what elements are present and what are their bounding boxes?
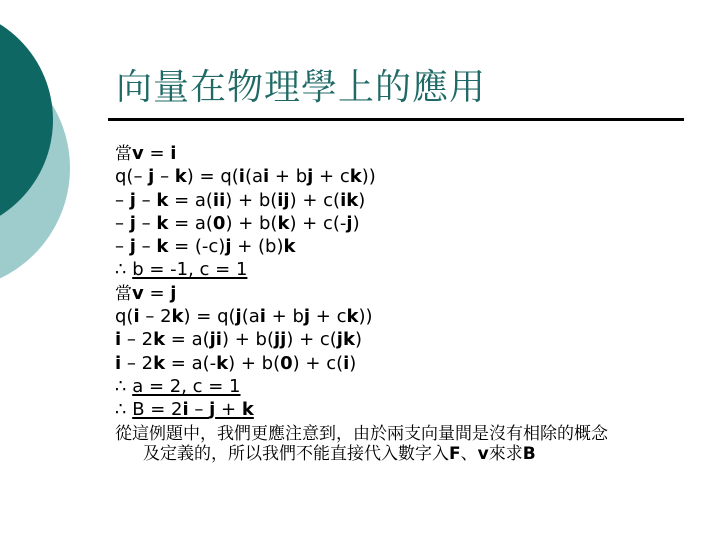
equation-text: – xyxy=(154,166,174,187)
slide-body: 當v = iq(– j – k) = q(i(ai + bj + ck))– j… xyxy=(115,142,685,464)
equation-text: + c xyxy=(310,306,346,327)
equation-text: = a( xyxy=(165,329,210,350)
equation-text: ) + c( xyxy=(293,353,343,374)
equation-text: = xyxy=(144,143,171,164)
equation-line: ∴ b = -1, c = 1 xyxy=(115,258,685,281)
title-divider xyxy=(108,118,684,121)
equation-text: ) + b( xyxy=(222,329,274,350)
conclusion-line-2: 及定義的，所以我們不能直接代入數字入F、v來求B xyxy=(115,444,685,464)
conclusion-line-2-text: 及定義的，所以我們不能直接代入數字入 xyxy=(143,444,449,464)
vector-symbol: k xyxy=(153,353,165,374)
slide-title: 向量在物理學上的應用 xyxy=(116,68,486,108)
symbol-B: B xyxy=(523,444,536,464)
equation-line: – j – k = (-c)j + (b)k xyxy=(115,235,685,258)
vector-symbol: 0 xyxy=(280,353,293,374)
vector-symbol: k xyxy=(153,329,165,350)
equation-text: – xyxy=(115,213,130,234)
vector-symbol: k xyxy=(156,190,168,211)
equation-text: q(– xyxy=(115,166,148,187)
equation-line: – j – k = a(ii) + b(ij) + c(ik) xyxy=(115,189,685,212)
equation-text: = a( xyxy=(168,190,213,211)
equation-text: – 2 xyxy=(140,306,172,327)
equation-text: – xyxy=(136,190,156,211)
equation-text: ∴ xyxy=(115,259,132,280)
equation-text: ∴ xyxy=(115,399,132,420)
vector-symbol: ii xyxy=(213,190,225,211)
vector-symbol: k xyxy=(283,236,295,257)
vector-symbol: k xyxy=(156,213,168,234)
vector-symbol: ji xyxy=(210,329,222,350)
vector-symbol: k xyxy=(216,353,228,374)
equation-text: (a xyxy=(242,306,260,327)
vector-symbol: jj xyxy=(274,329,286,350)
vector-symbol: ij xyxy=(277,190,289,211)
equation-lines: 當v = iq(– j – k) = q(i(ai + bj + ck))– j… xyxy=(115,142,685,422)
vector-symbol: k xyxy=(172,306,184,327)
equation-text: ∴ xyxy=(115,376,132,397)
equation-text: – xyxy=(189,399,209,420)
equation-line: q(i – 2k) = q(j(ai + bj + ck)) xyxy=(115,305,685,328)
equation-text: = a( xyxy=(168,213,213,234)
equation-text: b = -1, c = 1 xyxy=(132,259,247,280)
conclusion-mid: 來求 xyxy=(489,444,523,464)
vector-symbol: v xyxy=(132,143,144,164)
equation-line: 當v = j xyxy=(115,282,685,305)
equation-text: – xyxy=(115,190,130,211)
vector-symbol: k xyxy=(346,306,358,327)
equation-text: q( xyxy=(115,306,133,327)
equation-line: ∴ B = 2i – j + k xyxy=(115,398,685,421)
vector-symbol: k xyxy=(277,213,289,234)
vector-symbol: k xyxy=(156,236,168,257)
equation-text: ) xyxy=(353,213,360,234)
equation-text: ) + b( xyxy=(225,190,277,211)
separator: 、 xyxy=(461,444,478,464)
equation-text: = a(- xyxy=(165,353,216,374)
equation-text: B = 2 xyxy=(132,399,182,420)
equation-text: ) + c( xyxy=(290,190,340,211)
equation-text: a = 2, c = 1 xyxy=(132,376,240,397)
conclusion-line-1: 從這例題中，我們更應注意到，由於兩支向量間是沒有相除的概念 xyxy=(115,424,608,444)
equation-text: ) xyxy=(355,329,362,350)
decorative-circles xyxy=(0,0,120,320)
equation-text: ) xyxy=(358,190,365,211)
vector-symbol: j xyxy=(170,283,176,304)
equation-line: i – 2k = a(ji) + b(jj) + c(jk) xyxy=(115,328,685,351)
vector-symbol: k xyxy=(242,399,254,420)
equation-text: ) + c(- xyxy=(289,213,346,234)
equation-text: ) = q( xyxy=(187,166,239,187)
equation-text: – 2 xyxy=(121,329,153,350)
equation-line: – j – k = a(0) + b(k) + c(-j) xyxy=(115,212,685,235)
vector-symbol: jk xyxy=(337,329,355,350)
equation-text: ) + b( xyxy=(225,213,277,234)
equation-text: + b xyxy=(266,306,304,327)
equation-text: – 2 xyxy=(121,353,153,374)
equation-text: = xyxy=(144,283,171,304)
equation-line: ∴ a = 2, c = 1 xyxy=(115,375,685,398)
vector-symbol: ik xyxy=(340,190,358,211)
equation-text: 當 xyxy=(115,144,132,164)
equation-text: ) xyxy=(349,353,356,374)
equation-text: – xyxy=(115,236,130,257)
symbol-F: F xyxy=(449,444,461,464)
symbol-v: v xyxy=(478,444,489,464)
equation-text: – xyxy=(136,213,156,234)
vector-symbol: 0 xyxy=(213,213,226,234)
equation-text: )) xyxy=(362,166,376,187)
equation-line: i – 2k = a(-k) + b(0) + c(i) xyxy=(115,352,685,375)
conclusion-paragraph: 從這例題中，我們更應注意到，由於兩支向量間是沒有相除的概念 及定義的，所以我們不… xyxy=(115,424,685,464)
equation-line: 當v = i xyxy=(115,142,685,165)
vector-symbol: k xyxy=(175,166,187,187)
equation-text: – xyxy=(136,236,156,257)
vector-symbol: k xyxy=(350,166,362,187)
equation-text: ) = q( xyxy=(184,306,236,327)
vector-symbol: v xyxy=(132,283,144,304)
equation-text: + (b) xyxy=(231,236,283,257)
equation-text: + c xyxy=(313,166,349,187)
equation-line: q(– j – k) = q(i(ai + bj + ck)) xyxy=(115,165,685,188)
vector-symbol: i xyxy=(170,143,176,164)
equation-text: + b xyxy=(269,166,307,187)
equation-text: ) + b( xyxy=(228,353,280,374)
equation-text: (a xyxy=(245,166,263,187)
equation-text: )) xyxy=(358,306,372,327)
equation-text: + xyxy=(215,399,242,420)
equation-text: = (-c) xyxy=(168,236,225,257)
equation-text: 當 xyxy=(115,284,132,304)
equation-text: ) + c( xyxy=(286,329,336,350)
